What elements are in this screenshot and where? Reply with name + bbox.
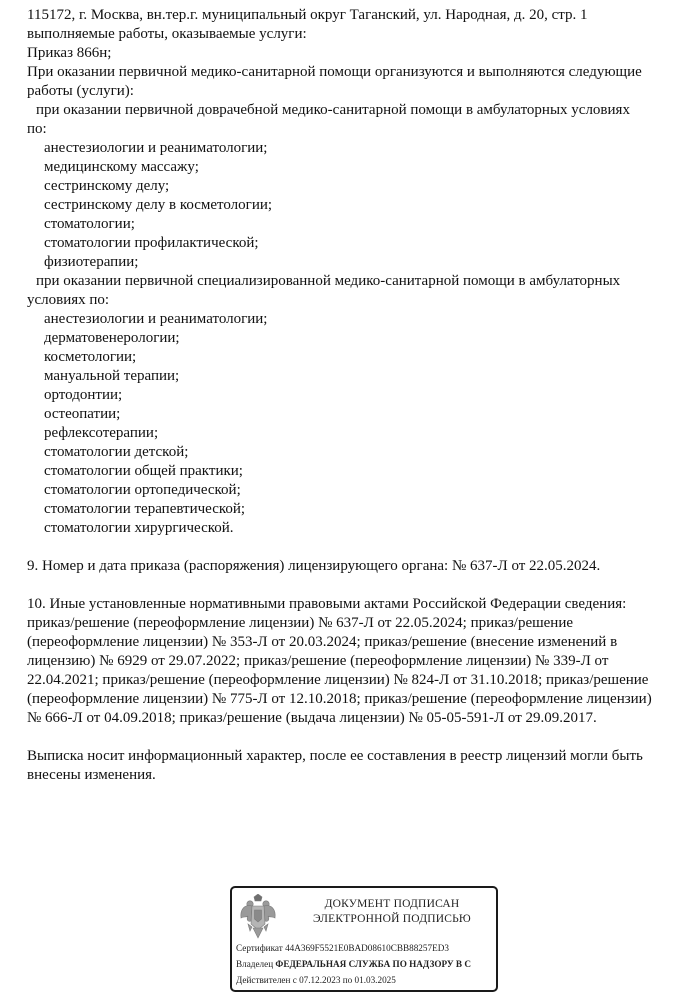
russian-coat-of-arms-icon [238,894,278,940]
intro-text-line-2: работы (услуги): [27,82,695,101]
section-9-order-number: 9. Номер и дата приказа (распоряжения) л… [27,557,695,576]
service-list-item: анестезиологии и реаниматологии; [27,310,695,329]
stamp-title-line-2: ЭЛЕКТРОННОЙ ПОДПИСЬЮ [292,912,492,927]
service-list-item: дерматовенерологии; [27,329,695,348]
service-list-item: медицинскому массажу; [27,158,695,177]
section-10-line: 10. Иные установленные нормативными прав… [27,595,695,614]
service-list-item: стоматологии терапевтической; [27,500,695,519]
service-list-item: остеопатии; [27,405,695,424]
group-heading: при оказании первичной доврачебной медик… [27,101,695,120]
owner-row: Владелец ФЕДЕРАЛЬНАЯ СЛУЖБА ПО НАДЗОРУ В… [236,958,471,970]
service-list-item: анестезиологии и реаниматологии; [27,139,695,158]
group-heading: при оказании первичной специализированно… [27,272,695,291]
stamp-title: ДОКУМЕНТ ПОДПИСАН ЭЛЕКТРОННОЙ ПОДПИСЬЮ [292,897,492,927]
service-list-item: стоматологии профилактической; [27,234,695,253]
section-10-line: лицензию) № 6929 от 29.07.2022; приказ/р… [27,652,695,671]
certificate-row: Сертификат 44A369F5521E0BAD08610CBB88257… [236,942,449,954]
validity-row: Действителен с 07.12.2023 по 01.03.2025 [236,974,396,986]
section-10-other-info: 10. Иные установленные нормативными прав… [27,595,695,728]
service-list-item: стоматологии хирургической. [27,519,695,538]
stamp-title-line-1: ДОКУМЕНТ ПОДПИСАН [292,897,492,912]
service-list-item: стоматологии детской; [27,443,695,462]
group-heading-continuation: по: [27,120,695,139]
electronic-signature-stamp: ДОКУМЕНТ ПОДПИСАН ЭЛЕКТРОННОЙ ПОДПИСЬЮ С… [230,886,498,992]
disclaimer-line-2: внесены изменения. [27,766,695,785]
certificate-label: Сертификат [236,943,283,953]
service-group-prehospital: при оказании первичной доврачебной медик… [27,101,695,272]
section-10-line: (переоформление лицензии) № 353-Л от 20.… [27,633,695,652]
service-list-item: мануальной терапии; [27,367,695,386]
owner-label: Владелец [236,959,273,969]
service-list-item: рефлексотерапии; [27,424,695,443]
service-list-item: физиотерапии; [27,253,695,272]
disclaimer-line-1: Выписка носит информационный характер, п… [27,747,695,766]
group-heading-continuation: условиях по: [27,291,695,310]
service-list-item: сестринскому делу в косметологии; [27,196,695,215]
service-list-item: стоматологии общей практики; [27,462,695,481]
section-10-line: № 666-Л от 04.09.2018; приказ/решение (в… [27,709,695,728]
license-extract-page: 115172, г. Москва, вн.тер.г. муниципальн… [27,6,695,785]
service-list-item: стоматологии ортопедической; [27,481,695,500]
works-label: выполняемые работы, оказываемые услуги: [27,25,695,44]
order-reference: Приказ 866н; [27,44,695,63]
service-list: анестезиологии и реаниматологии;дерматов… [27,310,695,538]
service-list: анестезиологии и реаниматологии;медицинс… [27,139,695,272]
section-10-line: 22.04.2021; приказ/решение (переоформлен… [27,671,695,690]
owner-value: ФЕДЕРАЛЬНАЯ СЛУЖБА ПО НАДЗОРУ В С [275,959,471,969]
section-10-line: (переоформление лицензии) № 775-Л от 12.… [27,690,695,709]
service-list-item: ортодонтии; [27,386,695,405]
disclaimer-note: Выписка носит информационный характер, п… [27,747,695,785]
intro-text-line-1: При оказании первичной медико-санитарной… [27,63,695,82]
section-10-line: приказ/решение (переоформление лицензии)… [27,614,695,633]
certificate-value: 44A369F5521E0BAD08610CBB88257ED3 [285,943,449,953]
address-line: 115172, г. Москва, вн.тер.г. муниципальн… [27,6,695,25]
service-list-item: сестринскому делу; [27,177,695,196]
service-list-item: стоматологии; [27,215,695,234]
service-group-specialized: при оказании первичной специализированно… [27,272,695,538]
service-list-item: косметологии; [27,348,695,367]
